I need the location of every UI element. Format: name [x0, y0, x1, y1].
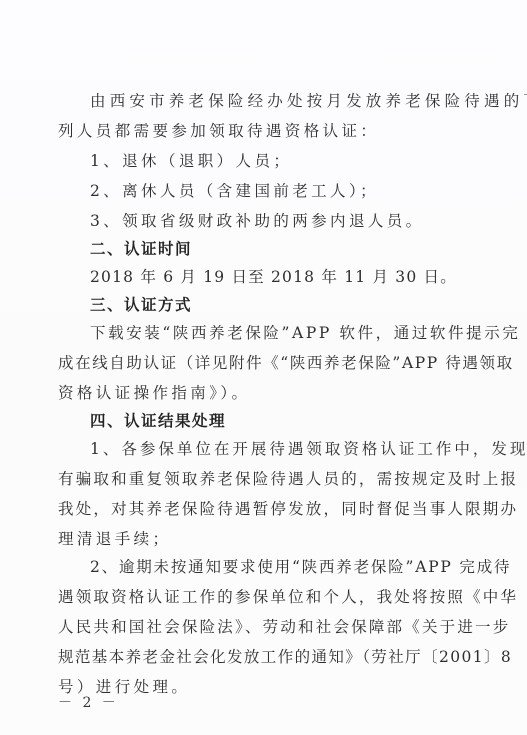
method-line-2: 成在线自助认证（详见附件《“陕西养老保险”APP 待遇领取: [58, 348, 450, 378]
section-heading-certification-time: 二、认证时间: [90, 234, 450, 264]
page-number: － 2 －: [58, 693, 119, 713]
section-heading-certification-method: 三、认证方式: [90, 290, 450, 320]
result-item-2-line-1: 2、逾期未按通知要求使用“陕西养老保险”APP 完成待: [90, 552, 450, 582]
paragraph-intro-line-1: 由西安市养老保险经办处按月发放养老保险待遇的下: [90, 86, 450, 116]
result-item-1-line-4: 理清退手续；: [58, 524, 450, 554]
section-heading-result-handling: 四、认证结果处理: [90, 406, 450, 436]
certification-date-range: 2018 年 6 月 19 日至 2018 年 11 月 30 日。: [90, 262, 450, 292]
result-item-1-line-2: 有骗取和重复领取养老保险待遇人员的，需按规定及时上报: [58, 464, 450, 494]
paragraph-intro-line-2: 列人员都需要参加领取待遇资格认证：: [58, 116, 450, 146]
method-line-3: 资格认证操作指南》）。: [58, 378, 450, 408]
method-line-1: 下载安装“陕西养老保险”APP 软件，通过软件提示完: [90, 318, 450, 348]
result-item-1-line-1: 1、各参保单位在开展待遇领取资格认证工作中，发现: [90, 434, 450, 464]
list-item-internal-retirees: 3、领取省级财政补助的两参内退人员。: [90, 206, 450, 236]
list-item-retired: 1、退休（退职）人员；: [90, 146, 450, 176]
result-item-1-line-3: 我处，对其养老保险待遇暂停发放，同时督促当事人限期办: [58, 494, 450, 524]
result-item-2-line-4: 规范基本养老金社会化发放工作的通知》（劳社厅〔2001〕8: [58, 642, 450, 672]
result-item-2-line-2: 遇领取资格认证工作的参保单位和个人，我处将按照《中华: [58, 582, 450, 612]
document-page: 由西安市养老保险经办处按月发放养老保险待遇的下 列人员都需要参加领取待遇资格认证…: [0, 0, 527, 735]
result-item-2-line-3: 人民共和国社会保险法》、劳动和社会保障部《关于进一步: [58, 612, 450, 642]
list-item-ex-officials: 2、离休人员（含建国前老工人）；: [90, 176, 450, 206]
